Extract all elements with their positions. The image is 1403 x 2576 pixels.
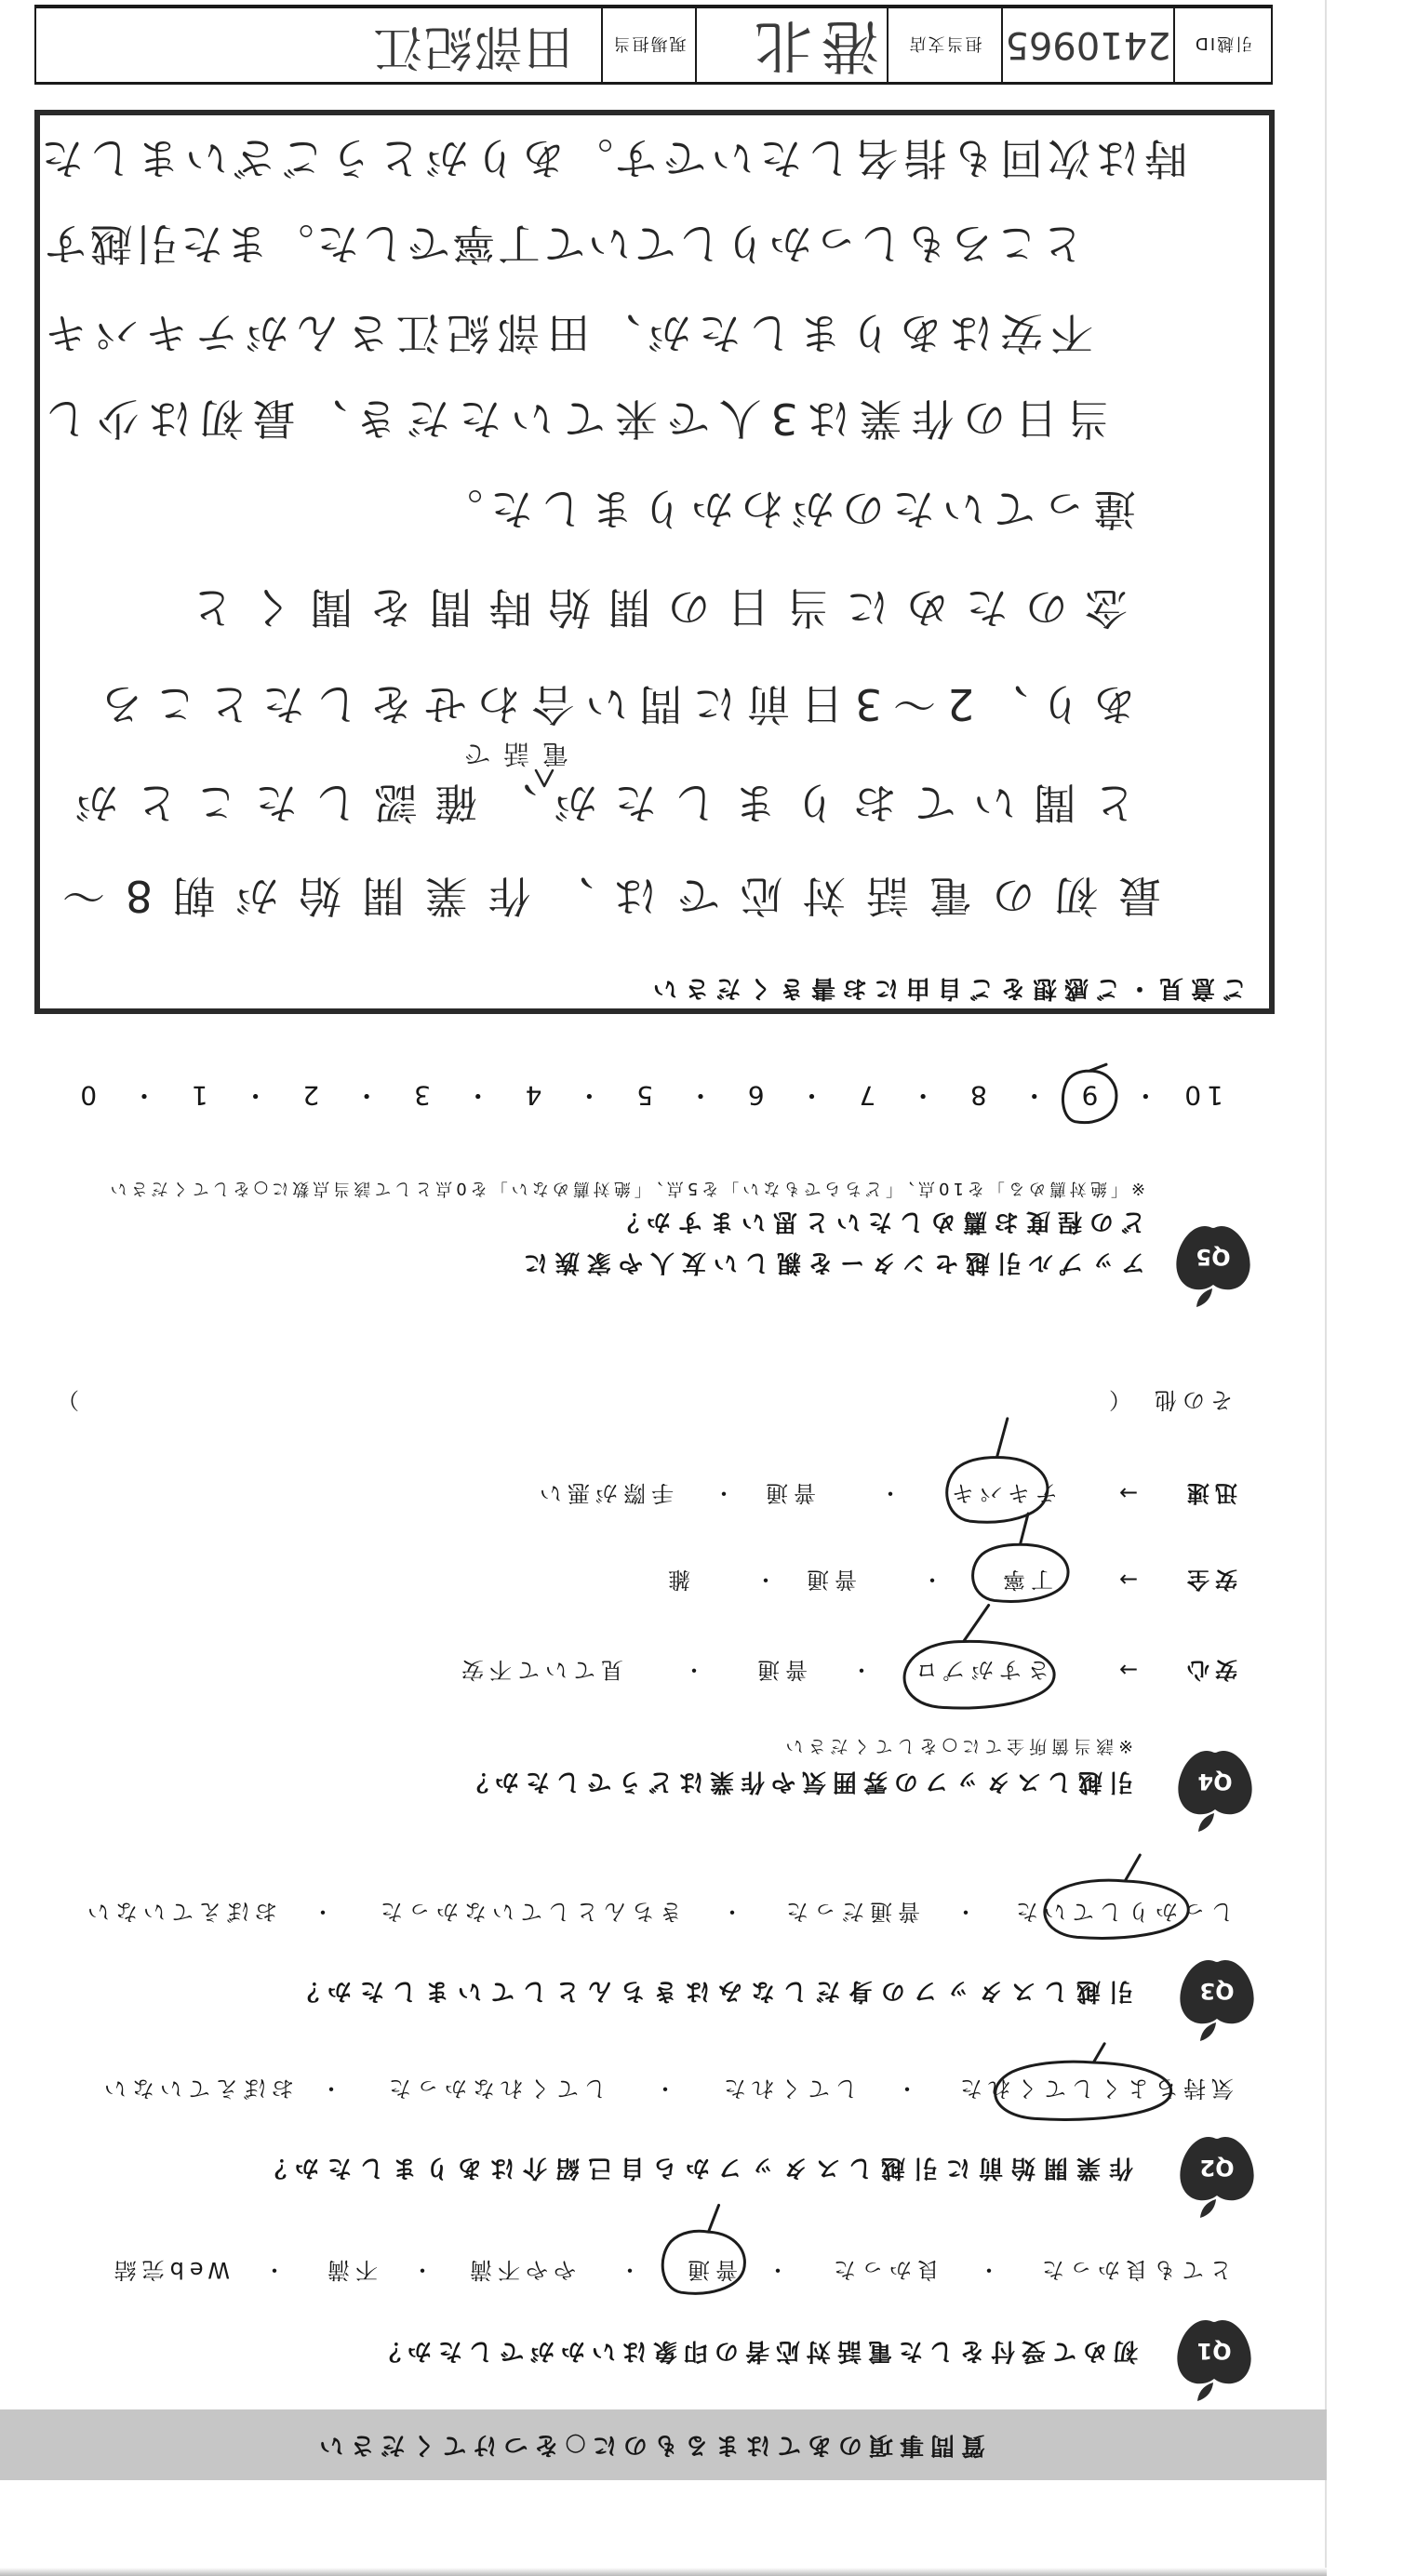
hand-drawn-circle-icon — [901, 1640, 1058, 1710]
separator-dot: ・ — [1007, 1078, 1062, 1112]
arrow-right-icon: → — [1117, 1479, 1140, 1507]
q4-reassurance-option-average: 普通 — [752, 1656, 808, 1684]
scale-value-1: 1 — [172, 1078, 228, 1112]
q1-option-very-good: とても良かった — [1036, 2256, 1232, 2284]
q3-question: 引越しスタッフの身だしなみはきちんとしていましたか？ — [287, 1975, 1133, 2007]
page-edge-line — [1325, 0, 1327, 2576]
staff-value-cell: 田部紀江 — [36, 8, 601, 82]
q1-question: 初めて受付をした電話対応者の印象はいかがでしたか？ — [370, 2335, 1138, 2367]
separator-dot: ・ — [654, 2075, 676, 2102]
handwritten-comment-line: 念のために当日の開始時間を聞くと — [191, 575, 1128, 640]
q2-option-dont-remember: おぼえていない — [99, 2075, 294, 2102]
q3-label: Q3 — [1176, 1977, 1258, 2005]
q4-other-label: その他 — [1149, 1386, 1233, 1414]
q4-label: Q4 — [1174, 1768, 1256, 1795]
arrow-right-icon: → — [1117, 1566, 1140, 1594]
separator-dot: ・ — [784, 1078, 840, 1112]
q1-option-dissatisfied: 不満 — [322, 2256, 378, 2284]
q3-option-dont-remember: おぼえていない — [82, 1898, 277, 1926]
separator-dot: ・ — [683, 1656, 705, 1684]
branch-label: 担当支店 — [908, 33, 982, 58]
separator-dot: ・ — [561, 1078, 617, 1112]
q4-speed-option-clumsy: 手際が悪い — [534, 1479, 674, 1507]
q3-badge: Q3 — [1176, 1956, 1258, 2042]
separator-dot: ・ — [721, 1898, 743, 1926]
q5-note: ※「絶対薦める」を10点、「どちらでもない」を5点、「絶対薦めない」を0点として… — [107, 1177, 1145, 1199]
separator-dot: ・ — [116, 1078, 172, 1112]
hand-drawn-circle-icon — [1062, 1070, 1117, 1124]
q3-selected-circle — [1041, 1879, 1191, 1940]
separator-dot: ・ — [320, 2075, 342, 2102]
comment-heading: ご意見・ご感想をご自由にお書きください — [646, 972, 1247, 1004]
move-id-label-cell: 引越ID — [1173, 8, 1271, 82]
q4-row-label-speed: 迅速 — [1182, 1479, 1237, 1507]
scale-value-0: 0 — [60, 1078, 116, 1112]
staff-value: 田部紀江 — [372, 17, 573, 87]
handwritten-insertion: 電話で — [451, 738, 568, 769]
q4-badge: Q4 — [1174, 1747, 1256, 1833]
insertion-caret-icon — [534, 769, 555, 788]
instruction-text: 質問事項のあてはまるものに○をつけてください — [313, 2429, 985, 2461]
branch-value: 港北 — [745, 9, 879, 92]
q2-label: Q2 — [1176, 2154, 1258, 2182]
arrow-right-icon: → — [1117, 1656, 1140, 1684]
scale-value-4: 4 — [506, 1078, 562, 1112]
hand-drawn-circle-icon — [970, 1543, 1070, 1603]
separator-dot: ・ — [895, 1078, 951, 1112]
q4-question: 引越しスタッフの雰囲気や作業はどうでしたか？ — [458, 1766, 1133, 1797]
move-id-label: 引越ID — [1194, 33, 1252, 58]
scale-value-8: 8 — [951, 1078, 1007, 1112]
hand-drawn-circle-icon — [661, 2230, 746, 2295]
q5-badge: Q5 — [1172, 1222, 1254, 1308]
q4-speed-selected-circle — [944, 1456, 1049, 1524]
separator-dot: ・ — [312, 1898, 334, 1926]
q4-safety-selected-circle — [970, 1543, 1070, 1603]
scale-value-5: 5 — [617, 1078, 673, 1112]
separator-dot: ・ — [978, 2256, 1000, 2284]
separator-dot: ・ — [450, 1078, 506, 1112]
separator-dot: ・ — [411, 2256, 434, 2284]
scale-value-6: 6 — [728, 1078, 784, 1112]
scale-value-2: 2 — [283, 1078, 339, 1112]
staff-label: 現場担当 — [612, 33, 687, 58]
hand-drawn-circle-icon — [1041, 1879, 1191, 1940]
q1-selected-circle — [661, 2230, 746, 2295]
hand-drawn-circle-icon — [991, 2061, 1174, 2121]
q5-selected-circle — [1062, 1070, 1117, 1124]
separator-dot: ・ — [955, 1898, 977, 1926]
separator-dot: ・ — [921, 1566, 943, 1594]
q4-row-label-reassurance: 安心 — [1182, 1656, 1237, 1684]
handwritten-comment-line: と聞いておりましたが、確認したことが — [75, 770, 1136, 835]
q4-safety-option-rough: 雑 — [662, 1566, 690, 1594]
q3-option-average: 普通だった — [781, 1898, 920, 1926]
q1-option-web-complete: Web完結 — [109, 2256, 230, 2284]
separator-dot: ・ — [619, 2256, 641, 2284]
separator-dot: ・ — [755, 1566, 777, 1594]
q4-other-open-paren: （ — [1109, 1386, 1131, 1414]
branch-value-cell: 港北 — [695, 8, 887, 82]
q5-label: Q5 — [1172, 1243, 1254, 1271]
q1-badge: Q1 — [1173, 2316, 1255, 2402]
handwritten-comment-line: 最初の電話対応では、作業開始が朝8〜 — [62, 863, 1161, 928]
handwritten-comment-line: 当日の作業は3人で来ていただき、最初は少し — [45, 386, 1110, 451]
q1-label: Q1 — [1173, 2337, 1255, 2365]
handwritten-comment-line: ところもしっかりしていて丁寧でした。また引越す — [45, 211, 1084, 276]
move-id-value: 2410965 — [1005, 24, 1170, 67]
q2-badge: Q2 — [1176, 2133, 1258, 2219]
separator-dot: ・ — [1117, 1078, 1173, 1112]
move-info-table: 引越ID 2410965 担当支店 港北 現場担当 田部紀江 — [34, 5, 1273, 85]
separator-dot: ・ — [767, 2256, 789, 2284]
q4-reassurance-option-worrying: 見ていて不安 — [456, 1656, 623, 1684]
separator-dot: ・ — [339, 1078, 394, 1112]
q4-row-label-safety: 安全 — [1182, 1566, 1237, 1594]
q2-selected-circle — [991, 2061, 1174, 2121]
q5-rating-scale: 10 ・ 9 ・ 8 ・ 7 ・ 6 ・ 5 ・ 4 ・ 3 ・ 2 ・ 1 ・… — [60, 1078, 1229, 1112]
separator-dot: ・ — [879, 1479, 902, 1507]
q1-option-good: 良かった — [828, 2256, 940, 2284]
q4-reassurance-selected-circle — [901, 1640, 1058, 1710]
handwritten-comment-line: 不安はありましたが、田部紀江さんがテキパキ — [45, 300, 1093, 366]
separator-dot: ・ — [713, 1479, 735, 1507]
staff-label-cell: 現場担当 — [601, 8, 695, 82]
q3-option-not-neat: きちんとしていなかった — [375, 1898, 682, 1926]
separator-dot: ・ — [228, 1078, 284, 1112]
q5-question-line-2: どの程度お薦めしたいと思いますか？ — [608, 1206, 1145, 1237]
handwritten-comment-line: 時は次回も指名したいです。ありがとうございました — [41, 126, 1187, 191]
move-id-value-cell: 2410965 — [1001, 8, 1173, 82]
separator-dot: ・ — [850, 1656, 873, 1684]
hand-drawn-circle-icon — [944, 1456, 1049, 1524]
separator-dot: ・ — [673, 1078, 728, 1112]
scale-value-7: 7 — [839, 1078, 895, 1112]
page-shadow — [0, 2568, 1327, 2576]
q4-safety-option-average: 普通 — [801, 1566, 857, 1594]
q2-option-introduced: してくれた — [718, 2075, 858, 2102]
q5-question-line-1: アップル引越センターを親しい友人や家族に — [516, 1247, 1145, 1278]
handwritten-comment-line: 違っていたのがわかりました。 — [440, 476, 1136, 541]
separator-dot: ・ — [263, 2256, 286, 2284]
handwritten-comment-line: あり、2〜3日前に問い合わせをしたところ — [100, 672, 1136, 737]
q4-speed-option-average: 普通 — [760, 1479, 816, 1507]
q2-question: 作業開始前に引越しスタッフから自己紹介はありましたか？ — [254, 2152, 1133, 2183]
q1-option-somewhat-dissatisfied: やや不満 — [464, 2256, 576, 2284]
q4-note: ※該当箇所全てに○をしてください — [782, 1735, 1134, 1757]
scanned-survey-page: 質問事項のあてはまるものに○をつけてください Q1 初めて受付をした電話対応者の… — [0, 0, 1403, 2576]
scale-value-3: 3 — [394, 1078, 450, 1112]
q4-other-close-paren: ） — [57, 1386, 79, 1414]
q2-option-not-introduced: してくれなかった — [383, 2075, 607, 2102]
branch-label-cell: 担当支店 — [887, 8, 1001, 82]
separator-dot: ・ — [896, 2075, 918, 2102]
scale-value-10: 10 — [1173, 1078, 1229, 1112]
